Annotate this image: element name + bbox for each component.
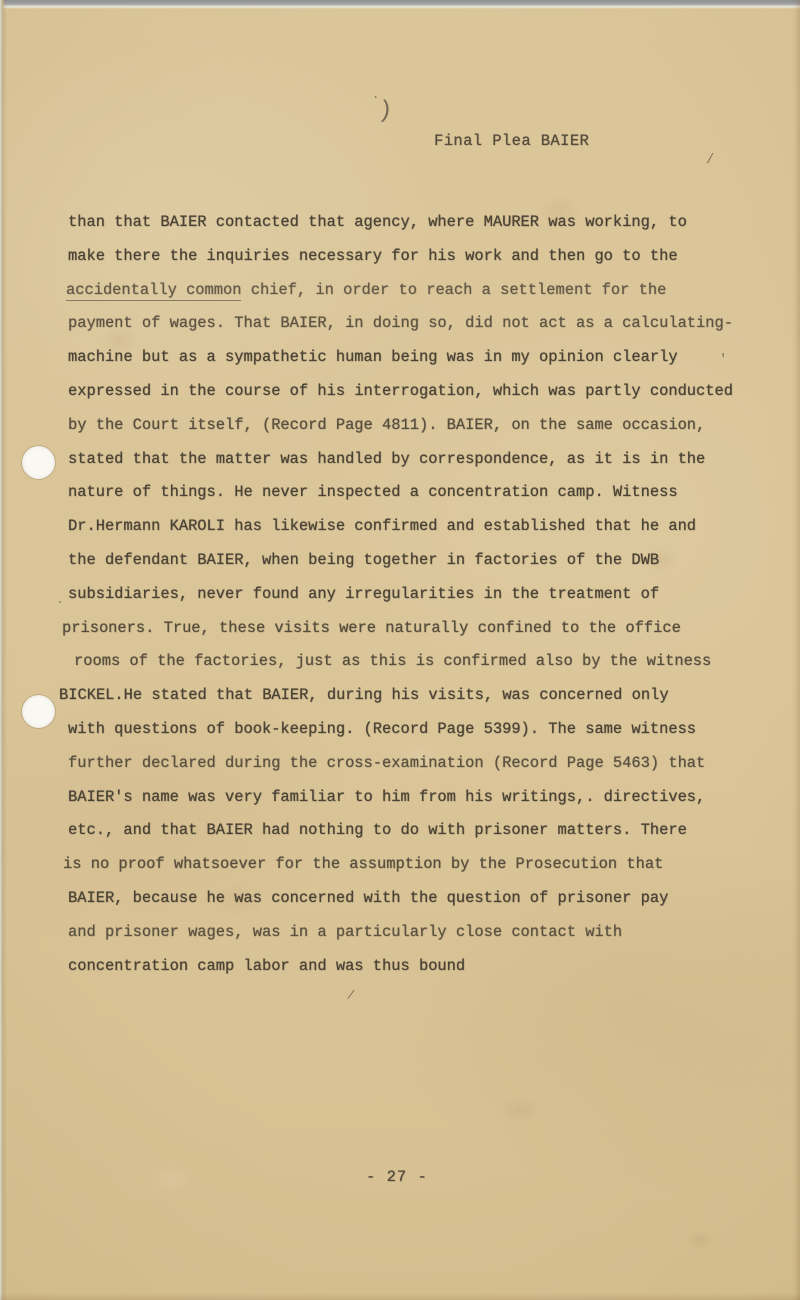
text-segment: chief, in order to reach a settlement fo… <box>241 281 666 299</box>
text-line: BICKEL.He stated that BAIER, during his … <box>59 679 768 713</box>
text-line: expressed in the course of his interroga… <box>68 375 768 409</box>
text-line: nature of things. He never inspected a c… <box>68 476 768 510</box>
hole-punch-bottom <box>22 695 55 728</box>
text-line: rooms of the factories, just as this is … <box>74 645 768 679</box>
text-line: concentration camp labor and was thus bo… <box>68 950 768 984</box>
underlined-text: accidentally common <box>66 281 241 301</box>
text-line: than that BAIER contacted that agency, w… <box>68 206 768 240</box>
text-line: and prisoner wages, was in a particularl… <box>68 916 768 950</box>
hole-punch-top <box>22 446 55 479</box>
text-line: the defendant BAIER, when being together… <box>68 544 768 578</box>
text-line: by the Court itself, (Record Page 4811).… <box>68 409 768 443</box>
stray-mark-slash: / <box>346 988 356 1004</box>
paper-edge-bottom <box>0 1293 800 1300</box>
text-line: BAIER's name was very familiar to him fr… <box>68 781 768 815</box>
stray-mark-slash: / <box>706 152 714 168</box>
paper-edge-right <box>792 0 800 1300</box>
stray-mark-paren: ) <box>377 97 394 125</box>
text-line: BAIER, because he was concerned with the… <box>68 882 768 916</box>
text-line: etc., and that BAIER had nothing to do w… <box>68 814 768 848</box>
text-line: stated that the matter was handled by co… <box>68 443 768 477</box>
paper-edge-left <box>0 0 7 1300</box>
page-number: - 27 - <box>366 1168 428 1186</box>
page-title: Final Plea BAIER <box>434 132 589 150</box>
document-body: than that BAIER contacted that agency, w… <box>68 206 768 983</box>
text-line: prisoners. True, these visits were natur… <box>62 612 768 646</box>
scanned-document-page: . ) / ' / . Final Plea BAIER than that B… <box>0 0 800 1300</box>
stray-mark-dot: . <box>56 592 64 607</box>
text-line: with questions of book-keeping. (Record … <box>68 713 768 747</box>
text-line: machine but as a sympathetic human being… <box>68 341 768 375</box>
scanner-edge-top <box>0 0 800 9</box>
text-line: is no proof whatsoever for the assumptio… <box>63 848 768 882</box>
text-line: further declared during the cross-examin… <box>68 747 768 781</box>
text-line: make there the inquiries necessary for h… <box>68 240 768 274</box>
text-line: subsidiaries, never found any irregulari… <box>68 578 768 612</box>
text-line: Dr.Hermann KAROLI has likewise confirmed… <box>68 510 768 544</box>
text-line: accidentally common chief, in order to r… <box>66 274 768 308</box>
text-line: payment of wages. That BAIER, in doing s… <box>68 307 768 341</box>
